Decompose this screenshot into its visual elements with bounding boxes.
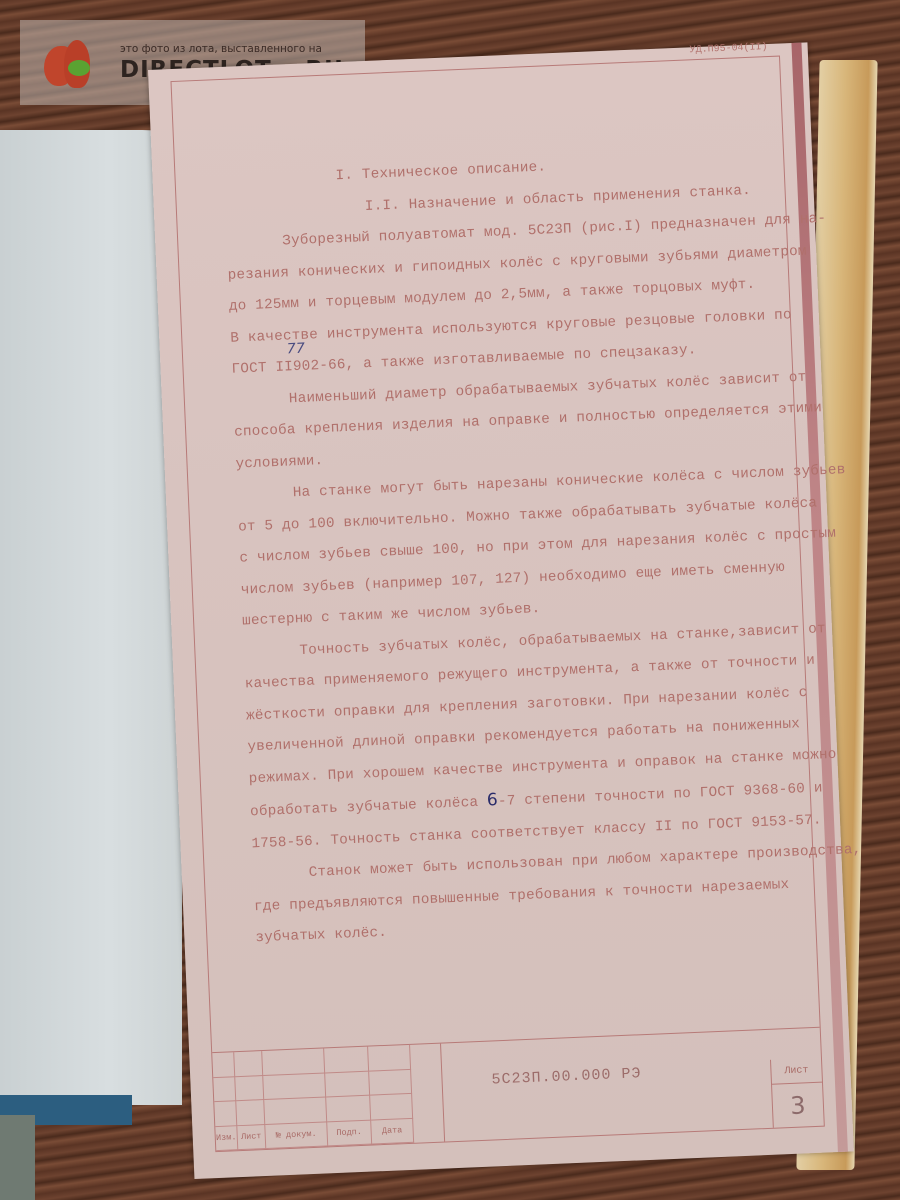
column-label: № докум.: [265, 1122, 328, 1149]
sheet-number: 3: [772, 1083, 824, 1129]
column-label: Изм.: [215, 1126, 238, 1151]
squirrel-logo-icon: [42, 32, 104, 94]
sheet-label: Лист: [771, 1058, 822, 1085]
header-code: УД.П95-04(II): [689, 42, 767, 56]
binder-spine-edge: [0, 1115, 35, 1200]
column-label: Подп.: [327, 1120, 372, 1146]
title-block: Изм. Лист № докум. Подп. Дата 5С23П.00.0…: [212, 1027, 824, 1151]
drawing-frame: I. Техническое описание. I.I. Назначение…: [170, 56, 824, 1153]
sheet-box: Лист 3: [770, 1058, 824, 1128]
document-page: УД.П95-04(II) I. Техническое описание. I…: [148, 42, 854, 1179]
watermark-caption: это фото из лота, выставленного на: [120, 43, 344, 55]
revision-table: Изм. Лист № докум. Подп. Дата: [212, 1044, 445, 1152]
handwritten-degree: 6: [487, 790, 499, 810]
document-number: 5С23П.00.000 РЭ: [491, 1065, 642, 1088]
column-label: Дата: [371, 1118, 414, 1144]
column-label: Лист: [237, 1125, 266, 1151]
handwritten-correction: 77: [286, 334, 306, 366]
document-body: I. Техническое описание. I.I. Назначение…: [223, 142, 836, 955]
binder-left-blank-page: [0, 130, 182, 1105]
